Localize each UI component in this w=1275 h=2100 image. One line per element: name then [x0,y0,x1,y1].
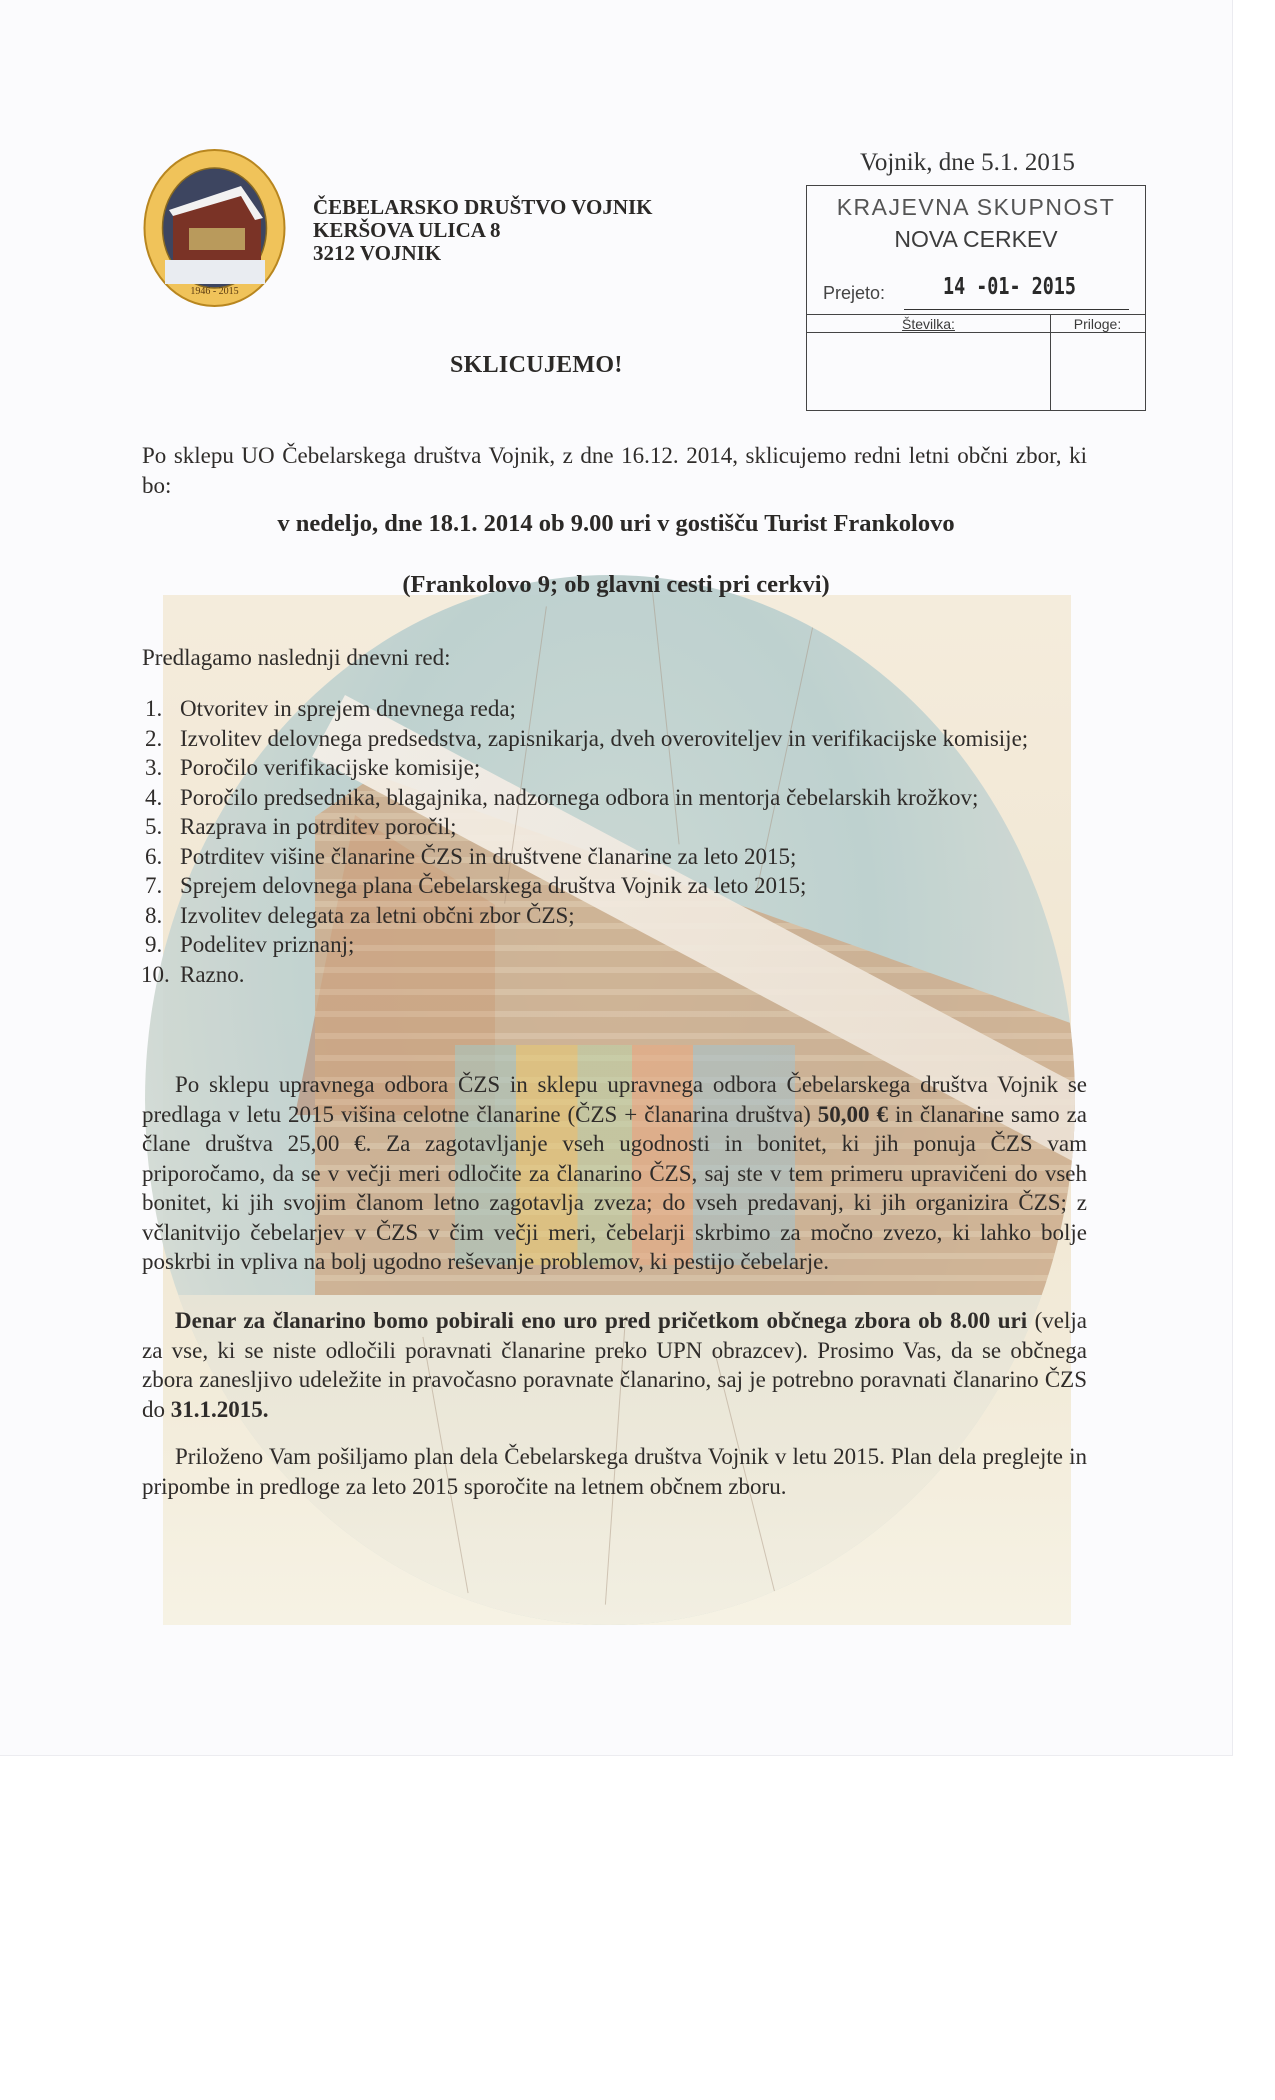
stamp-received-line [904,309,1129,310]
membership-paragraph: Po sklepu upravnega odbora ČZS in sklepu… [142,1070,1087,1277]
closing-paragraph: Priloženo Vam pošiljamo plan dela Čebela… [142,1442,1087,1501]
agenda-heading: Predlagamo naslednji dnevni red: [142,643,1087,673]
agenda-item: 9.Podelitev priznanj; [142,930,1087,960]
stamp-header-row: Številka: Priloge: [807,314,1145,333]
payment-paragraph: Denar za članarino bomo pobirali eno uro… [142,1306,1087,1424]
total-fee: 50,00 € [818,1102,888,1127]
intro-paragraph: Po sklepu UO Čebelarskega društva Vojnik… [142,441,1087,500]
stamp-line-2: NOVA CERKEV [807,226,1145,253]
agenda-item: 4.Poročilo predsednika, blagajnika, nadz… [142,783,1087,813]
agenda-item: 2.Izvolitev delovnega predsedstva, zapis… [142,724,1087,754]
svg-text:1946 - 2015: 1946 - 2015 [190,286,238,297]
organization-address: ČEBELARSKO DRUŠTVO VOJNIK KERŠOVA ULICA … [313,196,653,265]
stamp-number-label: Številka: [807,316,1050,332]
organization-name: ČEBELARSKO DRUŠTVO VOJNIK [313,196,653,219]
agenda-item: 7.Sprejem delovnega plana Čebelarskega d… [142,871,1087,901]
event-location: (Frankolovo 9; ob glavni cesti pri cerkv… [0,571,1232,599]
organization-street: KERŠOVA ULICA 8 [313,219,653,242]
organization-city: 3212 VOJNIK [313,242,653,265]
document-title: SKLICUJEMO! [450,352,623,379]
agenda-list: 1.Otvoritev in sprejem dnevnega reda; 2.… [142,694,1087,989]
stamp-received-label: Prejeto: [823,283,885,304]
stamp-divider [1050,314,1051,410]
received-stamp: KRAJEVNA SKUPNOST NOVA CERKEV Prejeto: 1… [806,185,1146,411]
agenda-item: 10.Razno. [142,960,1087,990]
agenda-item: 5.Razprava in potrditev poročil; [142,812,1087,842]
society-logo-icon: 1946 - 2015 [143,148,286,308]
agenda-item: 8.Izvolitev delegata za letni občni zbor… [142,901,1087,931]
payment-deadline: 31.1.2015. [171,1397,269,1422]
agenda-item: 6.Potrditev višine članarine ČZS in druš… [142,842,1087,872]
payment-notice: Denar za članarino bomo pobirali eno uro… [175,1308,1027,1333]
agenda-item: 1.Otvoritev in sprejem dnevnega reda; [142,694,1087,724]
stamp-received-date: 14 -01- 2015 [943,274,1076,300]
agenda-item: 3.Poročilo verifikacijske komisije; [142,753,1087,783]
stamp-line-1: KRAJEVNA SKUPNOST [807,194,1145,221]
scanned-letter-page: 1946 - 2015 ČEBELARSKO DRUŠTVO VOJNIK KE… [0,0,1233,1756]
event-when-where: v nedeljo, dne 18.1. 2014 ob 9.00 uri v … [0,510,1232,538]
stamp-attachments-label: Priloge: [1050,316,1145,332]
letter-date: Vojnik, dne 5.1. 2015 [860,149,1075,177]
